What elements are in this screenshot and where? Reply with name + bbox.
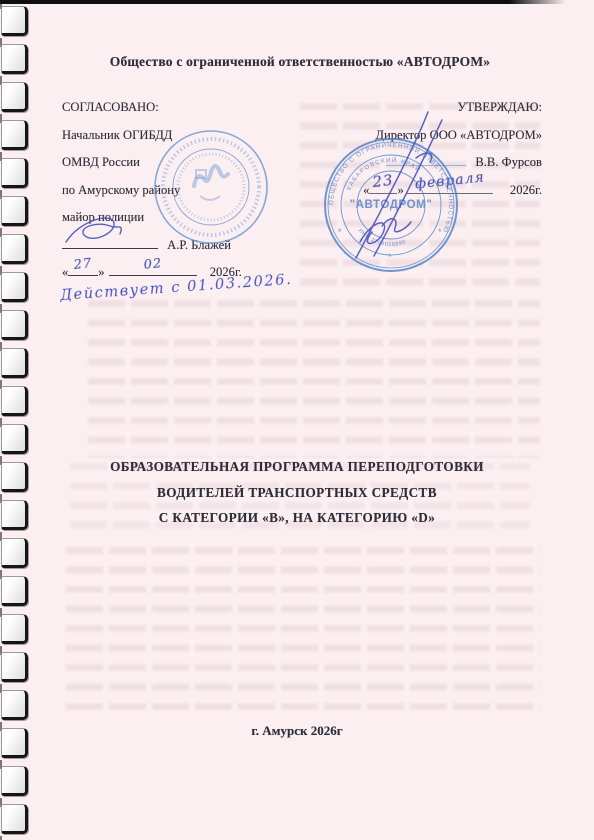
title-line-3: С КАТЕГОРИИ «В», НА КАТЕГОРИЮ «D» xyxy=(40,505,554,531)
scan-top-edge xyxy=(0,0,566,4)
agreed-line: ОМВД России xyxy=(62,149,302,177)
day-blank: 23 xyxy=(369,180,397,194)
bleedthrough-text xyxy=(88,300,540,458)
binding-tooth xyxy=(1,82,28,112)
binding-tooth xyxy=(1,614,28,644)
signature-blank xyxy=(62,235,158,249)
title-line-1: ОБРАЗОВАТЕЛЬНАЯ ПРОГРАММА ПЕРЕПОДГОТОВКИ xyxy=(40,454,554,480)
binding-tooth xyxy=(1,576,28,606)
binding-tooth xyxy=(1,234,28,264)
month-blank: 02 xyxy=(109,262,197,276)
organization-title: Общество с ограниченной ответственностью… xyxy=(50,54,550,70)
binding-tooth xyxy=(1,804,28,834)
binding-tooth xyxy=(1,348,28,378)
binding-tooth xyxy=(1,652,28,682)
binding-tooth xyxy=(1,158,28,188)
binding-tooth xyxy=(1,120,28,150)
approve-label: УТВЕРЖДАЮ: xyxy=(292,94,542,122)
binding-tooth xyxy=(1,272,28,302)
approve-line: Директор ООО «АВТОДРОМ» xyxy=(292,122,542,150)
binding-tooth xyxy=(1,6,28,36)
handwritten-day: 23 xyxy=(368,167,399,197)
svg-text:ИНН 2709016896: ИНН 2709016896 xyxy=(357,228,407,248)
agreed-line: майор полиции xyxy=(62,204,302,232)
signature-blank xyxy=(386,152,466,166)
binding-tooth xyxy=(1,310,28,340)
title-line-2: ВОДИТЕЛЕЙ ТРАНСПОРТНЫХ СРЕДСТВ xyxy=(40,480,554,506)
stamp-inn-text: ИНН 2709016896 xyxy=(357,228,407,248)
agreed-line: по Амурскому району xyxy=(62,177,302,205)
binding-tooth xyxy=(1,386,28,416)
stamp-star: * xyxy=(388,252,392,262)
binding-tooth xyxy=(1,424,28,454)
binding-tooth xyxy=(1,500,28,530)
agreement-block: СОГЛАСОВАНО: Начальник ОГИБДД ОМВД Росси… xyxy=(62,94,302,287)
stamp-star: * xyxy=(438,227,442,237)
binding-tooth xyxy=(1,196,28,226)
agreed-line: Начальник ОГИБДД xyxy=(62,122,302,150)
bleedthrough-text xyxy=(66,547,540,713)
day-blank: 27 xyxy=(68,262,98,276)
binding-tooth xyxy=(1,462,28,492)
document-title: ОБРАЗОВАТЕЛЬНАЯ ПРОГРАММА ПЕРЕПОДГОТОВКИ… xyxy=(40,454,554,531)
binding-tooth xyxy=(1,538,28,568)
city-year-footer: г. Амурск 2026г xyxy=(0,723,594,739)
handwritten-day: 27 xyxy=(67,249,100,279)
binding-tooth xyxy=(1,44,28,74)
stamp-star: * xyxy=(338,227,342,237)
binding-tooth xyxy=(1,690,28,720)
approval-block: УТВЕРЖДАЮ: Директор ООО «АВТОДРОМ» В.В. … xyxy=(292,94,542,204)
agreed-label: СОГЛАСОВАНО: xyxy=(62,94,302,122)
month-blank: февраля xyxy=(407,180,493,194)
scanned-document-page: Общество с ограниченной ответственностью… xyxy=(0,0,594,840)
date-line: «23»февраля 2026г. xyxy=(292,177,542,205)
quote: » xyxy=(397,183,403,197)
quote: » xyxy=(98,265,104,279)
binding-tooth xyxy=(1,766,28,796)
year-text: 2026г. xyxy=(510,183,542,197)
binding-comb xyxy=(0,0,46,840)
